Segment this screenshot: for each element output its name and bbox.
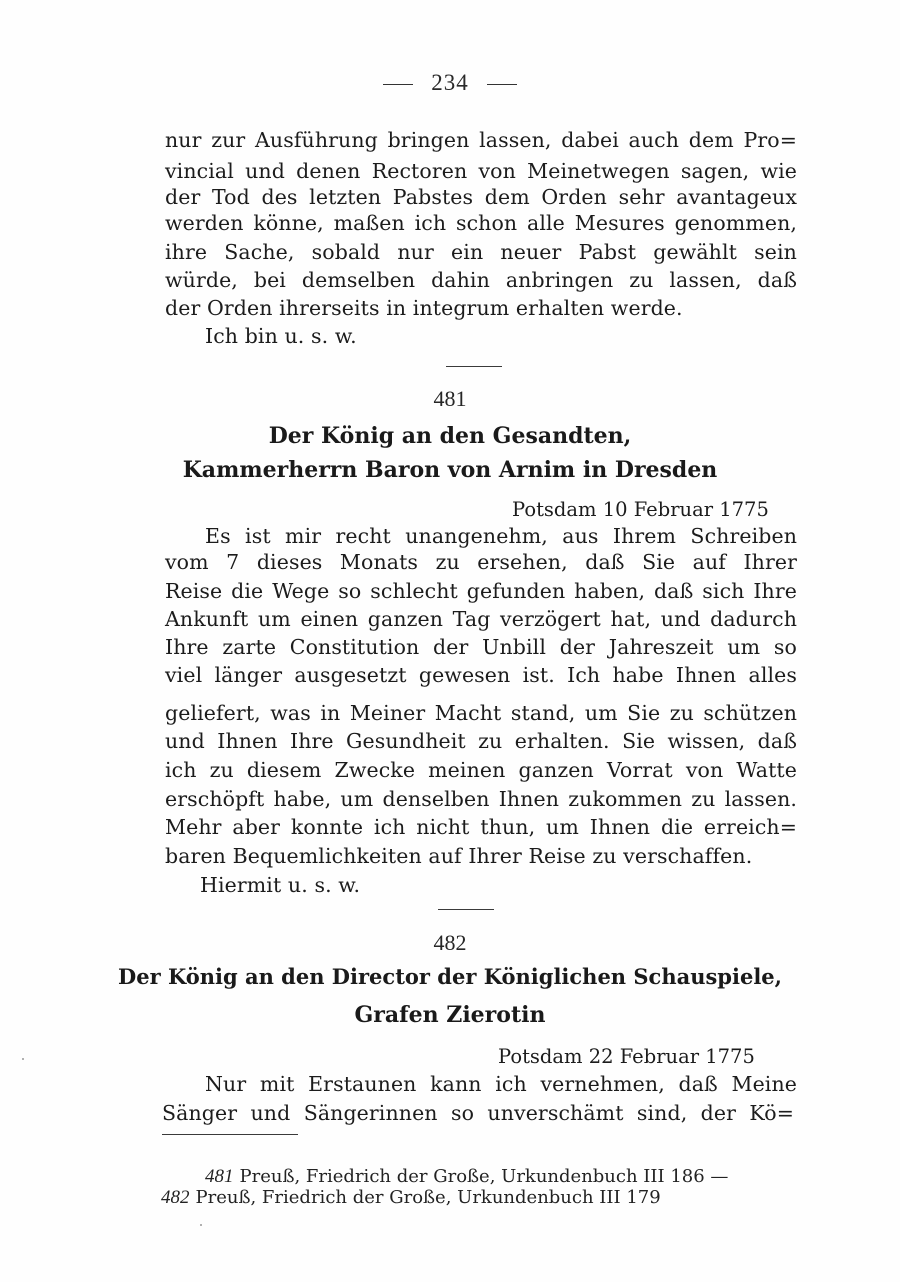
footnote-rule <box>162 1134 298 1135</box>
footnote-text: Preuß, Friedrich der Große, Urkundenbuch… <box>240 1166 729 1187</box>
section-divider <box>438 909 494 910</box>
text-line: würde, bei demselben dahin anbringen zu … <box>165 267 797 293</box>
letter-number: 481 <box>0 386 900 412</box>
letter-dateline: Potsdam 10 Februar 1775 <box>512 498 769 522</box>
closing-formula: Hiermit u. s. w. <box>200 872 792 898</box>
letter-dateline: Potsdam 22 Februar 1775 <box>498 1045 755 1069</box>
scan-speck <box>22 1058 24 1060</box>
closing-formula: Ich bin u. s. w. <box>205 323 797 349</box>
letter-heading-line: Der König an den Director der Königliche… <box>0 962 900 992</box>
text-line: viel länger ausgesetzt gewesen ist. Ich … <box>165 662 797 688</box>
text-line: Es ist mir recht unangenehm, aus Ihrem S… <box>205 523 797 549</box>
letter-heading-line: Kammerherrn Baron von Arnim in Dresden <box>0 455 900 485</box>
text-line: Nur mit Erstaunen kann ich vernehmen, da… <box>205 1071 797 1097</box>
text-line: ich zu diesem Zwecke meinen ganzen Vorra… <box>165 757 797 783</box>
text-line: erschöpft habe, um denselben Ihnen zukom… <box>165 786 797 812</box>
text-line: vincial und denen Rectoren von Meinetweg… <box>165 158 797 184</box>
text-line: werden könne, maßen ich schon alle Mesur… <box>165 210 797 236</box>
text-line: Ankunft um einen ganzen Tag verzögert ha… <box>165 606 797 632</box>
section-divider <box>446 366 502 367</box>
letter-heading-line: Der König an den Gesandten, <box>0 421 900 451</box>
footnote-number: 481 <box>205 1166 234 1187</box>
text-line: vom 7 dieses Monats zu ersehen, daß Sie … <box>165 549 797 575</box>
text-line: Mehr aber konnte ich nicht thun, um Ihne… <box>165 814 797 840</box>
book-page: 234 nur zur Ausführung bringen lassen, d… <box>0 0 900 1282</box>
page-number-header: 234 <box>0 70 900 96</box>
text-line: Ihre zarte Constitution der Unbill der J… <box>165 634 797 660</box>
text-line: baren Bequemlichkeiten auf Ihrer Reise z… <box>165 843 797 869</box>
header-dash-right <box>487 84 517 85</box>
text-line: nur zur Ausführung bringen lassen, dabei… <box>165 127 797 153</box>
footnote-text: Preuß, Friedrich der Große, Urkundenbuch… <box>196 1187 661 1208</box>
text-line: Sänger und Sängerinnen so unverschämt si… <box>162 1100 794 1126</box>
text-line: ihre Sache, sobald nur ein neuer Pabst g… <box>165 239 797 265</box>
footnote-482: 482Preuß, Friedrich der Große, Urkundenb… <box>161 1187 661 1209</box>
page-number: 234 <box>431 70 469 95</box>
text-line: der Tod des letzten Pabstes dem Orden se… <box>165 184 797 210</box>
footnote-number: 482 <box>161 1187 190 1208</box>
letter-number: 482 <box>0 930 900 956</box>
text-line: und Ihnen Ihre Gesundheit zu erhalten. S… <box>165 728 797 754</box>
text-line: der Orden ihrerseits in integrum erhalte… <box>165 295 797 321</box>
header-dash-left <box>383 84 413 85</box>
letter-heading-line: Grafen Zierotin <box>0 1000 900 1030</box>
text-line: geliefert, was in Meiner Macht stand, um… <box>165 700 797 726</box>
scan-speck <box>200 1224 202 1226</box>
footnote-481: 481Preuß, Friedrich der Große, Urkundenb… <box>205 1166 728 1188</box>
text-line: Reise die Wege so schlecht gefunden habe… <box>165 578 797 604</box>
